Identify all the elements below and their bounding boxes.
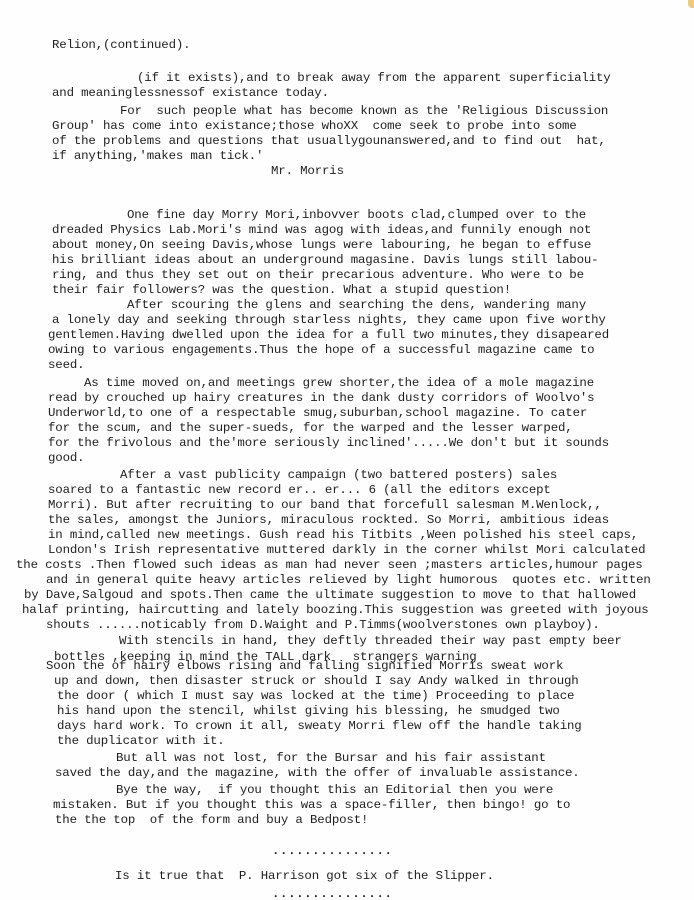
text-line: for the frivolous and the'more seriously… (48, 436, 609, 451)
text-line: gentlemen.Having dwelled upon the idea f… (48, 328, 609, 343)
text-line: a lonely day and seeking through starles… (52, 313, 606, 328)
text-line: halaf printing, haircutting and lately b… (22, 603, 649, 618)
separator-dots: ............... (272, 844, 393, 859)
text-line: With stencils in hand, they deftly threa… (119, 634, 622, 649)
text-line: by Dave,Salgoud and spots.Then came the … (24, 588, 636, 603)
text-line: days hard work. To crown it all, sweaty … (57, 719, 582, 734)
separator-dots-end: ............... (272, 887, 393, 900)
text-line: his hand upon the stencil, whilst giving… (57, 704, 560, 719)
text-line: After scouring the glens and searching t… (127, 298, 586, 313)
text-line: the door ( which I must say was locked a… (57, 689, 574, 704)
text-line: up and down, then disaster struck or sho… (54, 674, 579, 689)
text-line: Soon the of hairy elbows rising and fall… (46, 659, 563, 674)
text-line: As time moved on,and meetings grew short… (84, 376, 594, 391)
text-line: dreaded Physics Lab.Mori's mind was agog… (52, 223, 591, 238)
text-line: about money,On seeing Davis,whose lungs … (52, 238, 591, 253)
text-line: and meaninglessnessof existance today. (52, 86, 329, 101)
text-line: good. (48, 451, 84, 466)
text-line: Bye the way, if you thought this an Edit… (116, 783, 553, 798)
text-line: mistaken. But if you thought this was a … (53, 798, 570, 813)
text-line: (if it exists),and to break away from th… (137, 71, 611, 86)
text-line: London's Irish representative muttered d… (48, 543, 645, 558)
text-line: their fair followers? was the question. … (52, 283, 511, 298)
text-line: Morri). But after recruiting to our band… (48, 498, 602, 513)
text-line: soared to a fantastic new record er.. er… (48, 483, 551, 498)
text-line: read by crouched up hairy creatures in t… (48, 391, 594, 406)
text-line: the duplicator with it. (57, 734, 225, 749)
typewritten-page: Relion,(continued). (if it exists),and t… (0, 0, 694, 900)
text-line: and in general quite heavy articles reli… (46, 573, 651, 588)
text-line: of the problems and questions that usual… (52, 134, 606, 149)
text-line: ring, and thus they set out on their pre… (52, 268, 584, 283)
text-line: the the top of the form and buy a Bedpos… (55, 813, 368, 828)
text-line: saved the day,and the magazine, with the… (55, 766, 580, 781)
signature: Mr. Morris (271, 164, 344, 179)
text-line: if anything,'makes man tick.' (52, 149, 263, 164)
text-line: For such people what has become known as… (120, 104, 608, 119)
section-heading: Relion,(continued). (52, 38, 190, 53)
text-line: One fine day Morry Mori,inbovver boots c… (127, 208, 586, 223)
text-line: Group' has come into existance;those who… (52, 119, 577, 134)
text-line: owing to various engagements.Thus the ho… (48, 343, 594, 358)
text-line: the costs .Then flowed such ideas as man… (16, 558, 643, 573)
closing-question: Is it true that P. Harrison got six of t… (115, 869, 494, 884)
text-line: Underworld,to one of a respectable smug,… (48, 406, 587, 421)
text-line: But all was not lost, for the Bursar and… (116, 751, 546, 766)
text-line: for the scum, and the super-sueds, for t… (48, 421, 573, 436)
text-line: his brilliant ideas about an underground… (52, 253, 598, 268)
text-line: seed. (48, 358, 84, 373)
text-line: the sales, amongst the Juniors, miraculo… (48, 513, 609, 528)
text-line: in mind,called new meetings. Gush read h… (48, 528, 638, 543)
text-line: After a vast publicity campaign (two bat… (120, 468, 557, 483)
text-line: shouts ......noticably from D.Waight and… (46, 618, 600, 633)
paper-stain (688, 0, 694, 8)
